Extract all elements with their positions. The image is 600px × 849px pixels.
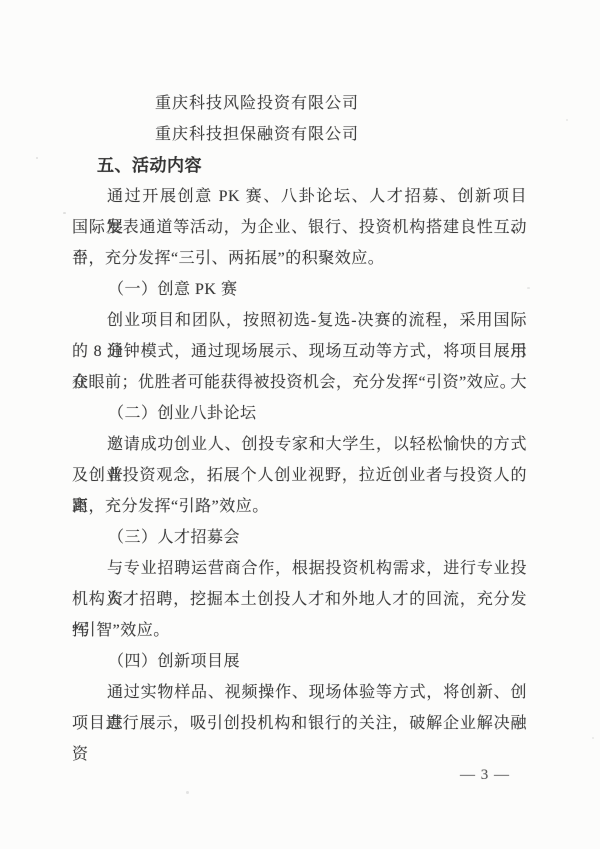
paragraph-line: 众眼前；优胜者可能获得被投资机会，充分发挥“引资”效应。 <box>72 367 527 398</box>
paragraph-line: 与专业招聘运营商合作，根据投资机构需求，进行专业投资 <box>72 553 527 584</box>
paragraph-line: “引智”效应。 <box>72 615 527 646</box>
scanned-document-page: 重庆科技风险投资有限公司 重庆科技担保融资有限公司 五、活动内容 通过开展创意 … <box>0 0 600 849</box>
scan-speck <box>566 119 568 121</box>
company-name-line-1: 重庆科技风险投资有限公司 <box>72 88 527 119</box>
company-name-line-2: 重庆科技担保融资有限公司 <box>72 119 527 150</box>
scan-speck <box>592 737 594 739</box>
subsection-heading-3: （三）人才招募会 <box>72 522 527 553</box>
paragraph-line: 机构人才招聘，挖掘本土创投人才和外地人才的回流，充分发挥 <box>72 584 527 615</box>
paragraph-line: 及创业投资观念，拓展个人创业视野，拉近创业者与投资人的距 <box>72 460 527 491</box>
paragraph-line: 国际发表通道等活动，为企业、银行、投资机构搭建良性互动平 <box>72 212 527 243</box>
paragraph-line: 台，充分发挥“三引、两拓展”的积聚效应。 <box>72 243 527 274</box>
subsection-heading-4: （四）创新项目展 <box>72 646 527 677</box>
paragraph-line: 的 8 分钟模式，通过现场展示、现场互动等方式，将项目展示在大 <box>72 336 527 367</box>
section-heading-activity-content: 五、活动内容 <box>72 150 527 181</box>
paragraph-line: 项目进行展示，吸引创投机构和银行的关注，破解企业解决融资 <box>72 708 527 739</box>
subsection-heading-1: （一）创意 PK 赛 <box>72 274 527 305</box>
document-body: 重庆科技风险投资有限公司 重庆科技担保融资有限公司 五、活动内容 通过开展创意 … <box>72 88 527 739</box>
page-number: — 3 — <box>460 762 510 788</box>
paragraph-line: 通过实物样品、视频操作、现场体验等方式，将创新、创意 <box>72 677 527 708</box>
paragraph-line: 邀请成功创业人、创投专家和大学生，以轻松愉快的方式普 <box>72 429 527 460</box>
paragraph-line: 通过开展创意 PK 赛、八卦论坛、人才招募、创新项目展、 <box>72 181 527 212</box>
subsection-heading-2: （二）创业八卦论坛 <box>72 398 527 429</box>
scan-speck <box>36 157 38 159</box>
scan-speck <box>63 212 66 214</box>
scan-speck <box>186 791 189 794</box>
paragraph-line: 创业项目和团队，按照初选-复选-决赛的流程，采用国际通用 <box>72 305 527 336</box>
paragraph-line: 离，充分发挥“引路”效应。 <box>72 491 527 522</box>
scan-speck <box>527 287 530 289</box>
